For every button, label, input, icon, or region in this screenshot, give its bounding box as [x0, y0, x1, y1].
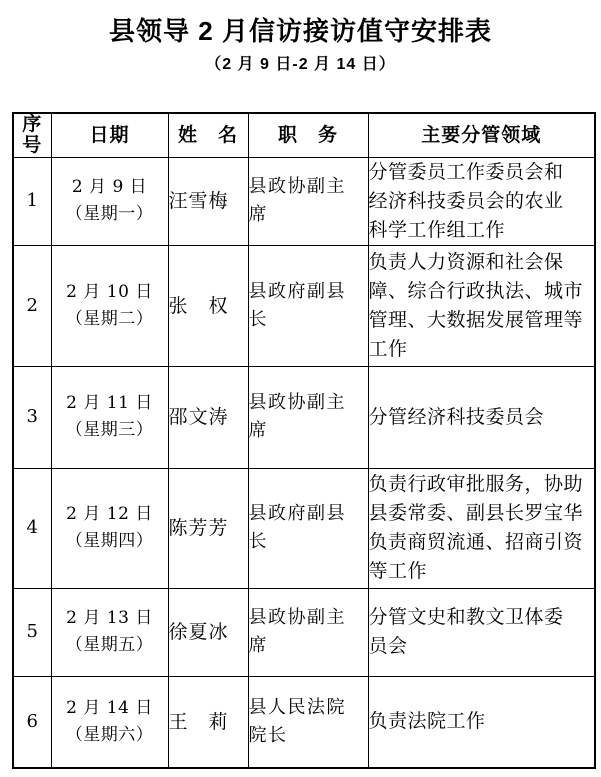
cell-index: 5: [13, 588, 51, 676]
table-row: 3 2 月 11 日 （星期三） 邵文涛 县政协副主 席 分管经济科技委员会: [13, 366, 595, 468]
table-row: 1 2 月 9 日 （星期一） 汪雪梅 县政协副主 席 分管委员工作委员会和 经…: [13, 157, 595, 245]
cell-title: 县政协副主 席: [248, 588, 368, 676]
cell-duty: 负责法院工作: [368, 676, 595, 768]
cell-title: 县政府副县 长: [248, 468, 368, 588]
header-duty: 主要分管领域: [368, 113, 595, 157]
cell-date: 2 月 11 日 （星期三）: [51, 366, 168, 468]
cell-date: 2 月 9 日 （星期一）: [51, 157, 168, 245]
duty-schedule-table: 序 号 日期 姓 名 职 务 主要分管领域 1 2 月 9 日 （星期一） 汪雪…: [12, 112, 596, 769]
cell-date: 2 月 13 日 （星期五）: [51, 588, 168, 676]
cell-name: 陈芳芳: [168, 468, 248, 588]
cell-name: 张 权: [168, 245, 248, 366]
cell-index: 4: [13, 468, 51, 588]
cell-name: 汪雪梅: [168, 157, 248, 245]
page-subtitle: （2 月 9 日-2 月 14 日）: [0, 46, 601, 74]
cell-date: 2 月 12 日 （星期四）: [51, 468, 168, 588]
cell-index: 1: [13, 157, 51, 245]
page-title: 县领导 2 月信访接访值守安排表: [0, 0, 601, 46]
table-row: 4 2 月 12 日 （星期四） 陈芳芳 县政府副县 长 负责行政审批服务，协助…: [13, 468, 595, 588]
cell-name: 邵文涛: [168, 366, 248, 468]
table-row: 5 2 月 13 日 （星期五） 徐夏冰 县政协副主 席 分管文史和教文卫体委 …: [13, 588, 595, 676]
document-page: 县领导 2 月信访接访值守安排表 （2 月 9 日-2 月 14 日） 序 号 …: [0, 0, 601, 777]
cell-index: 2: [13, 245, 51, 366]
cell-name: 王 莉: [168, 676, 248, 768]
table-row: 2 2 月 10 日 （星期二） 张 权 县政府副县 长 负责人力资源和社会保 …: [13, 245, 595, 366]
cell-title: 县政协副主 席: [248, 366, 368, 468]
cell-date: 2 月 14 日 （星期六）: [51, 676, 168, 768]
cell-name: 徐夏冰: [168, 588, 248, 676]
cell-duty: 负责人力资源和社会保 障、综合行政执法、城市 管理、大数据发展管理等 工作: [368, 245, 595, 366]
cell-index: 6: [13, 676, 51, 768]
cell-duty: 负责行政审批服务，协助 县委常委、副县长罗宝华 负责商贸流通、招商引资 等工作: [368, 468, 595, 588]
cell-index: 3: [13, 366, 51, 468]
header-index: 序 号: [13, 113, 51, 157]
cell-duty: 分管文史和教文卫体委 员会: [368, 588, 595, 676]
cell-date: 2 月 10 日 （星期二）: [51, 245, 168, 366]
cell-title: 县政府副县 长: [248, 245, 368, 366]
header-date: 日期: [51, 113, 168, 157]
table-row: 6 2 月 14 日 （星期六） 王 莉 县人民法院 院长 负责法院工作: [13, 676, 595, 768]
cell-duty: 分管经济科技委员会: [368, 366, 595, 468]
cell-duty: 分管委员工作委员会和 经济科技委员会的农业 科学工作组工作: [368, 157, 595, 245]
header-title: 职 务: [248, 113, 368, 157]
table-header-row: 序 号 日期 姓 名 职 务 主要分管领域: [13, 113, 595, 157]
header-name: 姓 名: [168, 113, 248, 157]
cell-title: 县政协副主 席: [248, 157, 368, 245]
cell-title: 县人民法院 院长: [248, 676, 368, 768]
